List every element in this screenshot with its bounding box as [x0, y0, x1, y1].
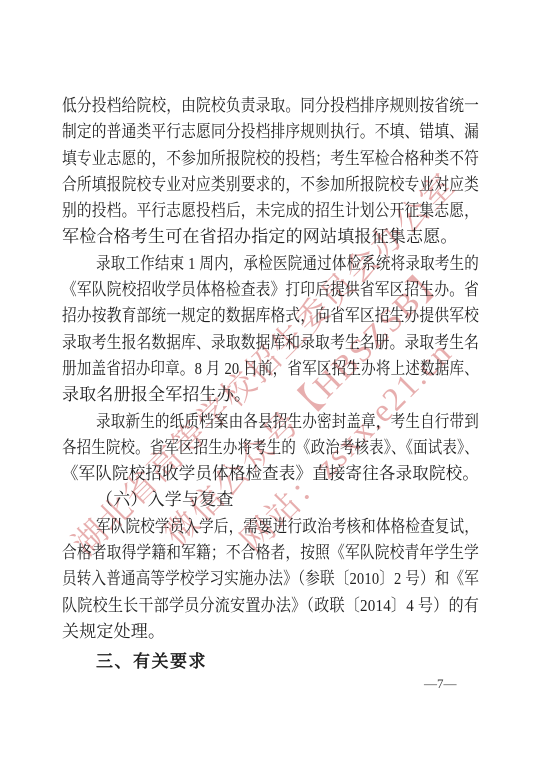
text-line: 《军队院校招收学员体格检查表》打印后提供省军区招生办。省 [62, 277, 479, 303]
text-line: 军队院校学员入学后，需要进行政治考核和体格检查复试， [62, 514, 479, 540]
text-line: 各招生院校。省军区招生办将考生的《政治考核表》、《面试表》、 [62, 435, 479, 461]
text-line: 录取考生报名数据库、录取数据库和录取考生名册。录取考生名 [62, 330, 479, 356]
section-heading: 三、有关要求 [62, 649, 479, 675]
text-line: 合所填报院校专业对应类别要求的，不参加所报院校专业对应类 [62, 172, 479, 198]
text-line: 军检合格考生可在省招办指定的网站填报征集志愿。 [62, 224, 479, 250]
text-line: 制定的普通类平行志愿同分投档排序规则执行。不填、错填、漏 [62, 119, 479, 145]
text-line: 别的投档。平行志愿投档后，未完成的招生计划公开征集志愿， [62, 198, 479, 224]
text-line: 录取新生的纸质档案由各县招生办密封盖章，考生自行带到 [62, 409, 479, 435]
text-line: 《军队院校招收学员体格检查表》直接寄往各录取院校。 [62, 461, 479, 487]
text-line: （六）入学与复查 [62, 487, 479, 513]
text-line: 录取名册报全军招生办。 [62, 382, 479, 408]
document-body: 低分投档给院校，由院校负责录取。同分投档排序规则按省统一制定的普通类平行志愿同分… [62, 93, 479, 676]
text-line: 员转入普通高等学校学习实施办法》（参联〔2010〕2 号）和《军 [62, 566, 479, 592]
text-line: 关规定处理。 [62, 619, 479, 645]
text-line: 招办按教育部统一规定的数据库格式，向省军区招生办提供军校 [62, 303, 479, 329]
text-line: 填专业志愿的，不参加所报院校的投档；考生军检合格种类不符 [62, 146, 479, 172]
text-line: 低分投档给院校，由院校负责录取。同分投档排序规则按省统一 [62, 93, 479, 119]
text-line: 册加盖省招办印章。8 月 20 日前，省军区招生办将上述数据库、 [62, 356, 479, 382]
text-line: 录取工作结束 1 周内，承检医院通过体检系统将录取考生的 [62, 251, 479, 277]
text-line: 队院校生长干部学员分流安置办法》（政联〔2014〕4 号）的有 [62, 593, 479, 619]
page-number: —7— [424, 676, 457, 692]
document-page: 湖北省高等学校招生委员会办公室 微信公众号【HBSZSB】 网站：zsxx.e2… [0, 0, 540, 764]
text-line: 合格者取得学籍和军籍；不合格者，按照《军队院校青年学生学 [62, 540, 479, 566]
